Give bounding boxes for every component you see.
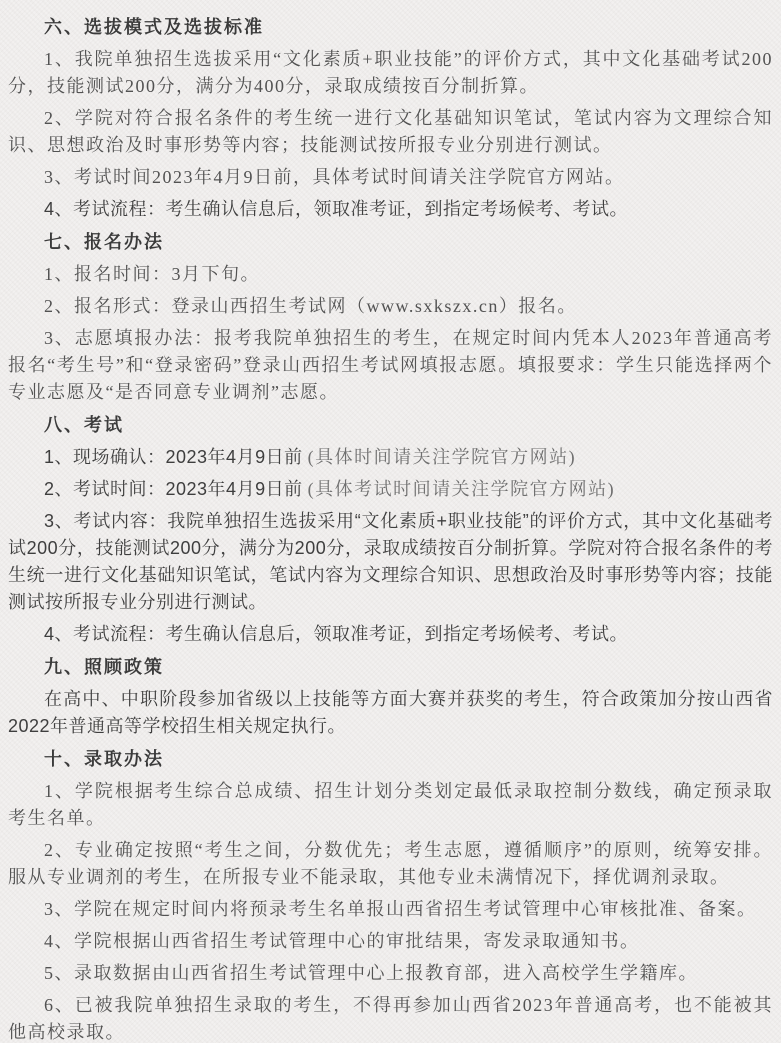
paragraph: 2、专业确定按照“考生之间，分数优先；考生志愿，遵循顺序”的原则，统筹安排。服从… [8, 837, 773, 891]
paragraph: 1、现场确认：2023年4月9日前(具体时间请关注学院官方网站) [8, 444, 773, 471]
paragraph: 4、考试流程：考生确认信息后，领取准考证，到指定考场候考、考试。 [8, 621, 773, 648]
paragraph: 4、学院根据山西省招生考试管理中心的审批结果，寄发录取通知书。 [8, 928, 773, 955]
section-preferential-policy: 九、照顾政策 在高中、中职阶段参加省级以上技能等方面大赛并获奖的考生，符合政策加… [8, 654, 773, 740]
section-heading: 六、选拔模式及选拔标准 [8, 14, 773, 41]
paragraph-text: 2、考试时间：2023年4月9日前 [44, 479, 303, 499]
section-admission-method: 十、录取办法 1、学院根据考生综合总成绩、招生计划分类划定最低录取控制分数线，确… [8, 746, 773, 1043]
paragraph: 3、考试内容：我院单独招生选拔采用“文化素质+职业技能”的评价方式，其中文化基础… [8, 508, 773, 616]
paragraph: 2、学院对符合报名条件的考生统一进行文化基础知识笔试，笔试内容为文理综合知识、思… [8, 105, 773, 159]
paragraph: 6、已被我院单独招生录取的考生，不得再参加山西省2023年普通高考，也不能被其他… [8, 992, 773, 1043]
paragraph: 3、学院在规定时间内将预录考生名单报山西省招生考试管理中心审核批准、备案。 [8, 896, 773, 923]
paragraph-note: (具体考试时间请关注学院官方网站) [308, 479, 616, 499]
paragraph: 1、学院根据考生综合总成绩、招生计划分类划定最低录取控制分数线，确定预录取考生名… [8, 778, 773, 832]
paragraph: 5、录取数据由山西省招生考试管理中心上报教育部，进入高校学生学籍库。 [8, 960, 773, 987]
paragraph: 2、报名形式：登录山西招生考试网（www.sxkszx.cn）报名。 [8, 293, 773, 320]
document: 六、选拔模式及选拔标准 1、我院单独招生选拔采用“文化素质+职业技能”的评价方式… [8, 14, 773, 1043]
paragraph-note: (具体时间请关注学院官方网站) [308, 447, 577, 467]
section-heading: 七、报名办法 [8, 229, 773, 256]
section-registration-method: 七、报名办法 1、报名时间：3月下旬。 2、报名形式：登录山西招生考试网（www… [8, 229, 773, 406]
section-heading: 十、录取办法 [8, 746, 773, 773]
section-selection-mode: 六、选拔模式及选拔标准 1、我院单独招生选拔采用“文化素质+职业技能”的评价方式… [8, 14, 773, 223]
paragraph: 3、志愿填报办法：报考我院单独招生的考生，在规定时间内凭本人2023年普通高考报… [8, 325, 773, 406]
section-heading: 八、考试 [8, 412, 773, 439]
paragraph: 1、我院单独招生选拔采用“文化素质+职业技能”的评价方式，其中文化基础考试200… [8, 46, 773, 100]
paragraph: 3、考试时间2023年4月9日前，具体考试时间请关注学院官方网站。 [8, 164, 773, 191]
paragraph: 在高中、中职阶段参加省级以上技能等方面大赛并获奖的考生，符合政策加分按山西省20… [8, 686, 773, 740]
paragraph: 4、考试流程：考生确认信息后，领取准考证，到指定考场候考、考试。 [8, 196, 773, 223]
paragraph-text: 1、现场确认：2023年4月9日前 [44, 447, 303, 467]
document-page: { "page": { "background_color": "#f1efee… [0, 0, 781, 1043]
paragraph: 2、考试时间：2023年4月9日前(具体考试时间请关注学院官方网站) [8, 476, 773, 503]
section-examination: 八、考试 1、现场确认：2023年4月9日前(具体时间请关注学院官方网站) 2、… [8, 412, 773, 648]
section-heading: 九、照顾政策 [8, 654, 773, 681]
paragraph: 1、报名时间：3月下旬。 [8, 261, 773, 288]
